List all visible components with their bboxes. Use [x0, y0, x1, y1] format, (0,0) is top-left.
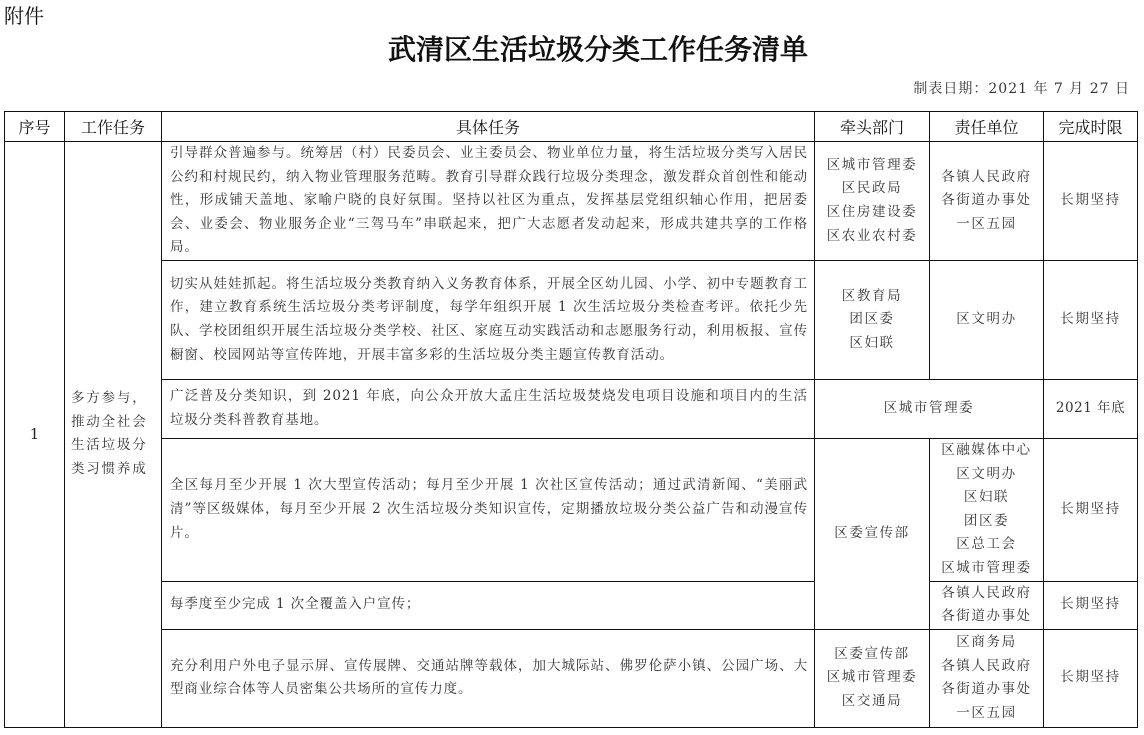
responsible-unit: 区融媒体中心 区文明办 区妇联 团区委 区总工会 区城市管理委 [930, 438, 1044, 581]
table-header-row: 序号 工作任务 具体任务 牵头部门 责任单位 完成时限 [5, 112, 1138, 142]
work-task-category: 多方参与， 推动全社会 生活垃圾分 类习惯养成 [65, 142, 162, 728]
deadline: 长期坚持 [1044, 260, 1138, 379]
lead-department: 区委宣传部 [815, 438, 930, 629]
specific-task: 广泛普及分类知识，到 2021 年底，向公众开放大孟庄生活垃圾焚烧发电项目设施和… [162, 379, 815, 438]
task-table: 序号 工作任务 具体任务 牵头部门 责任单位 完成时限 1 多方参与， 推动全社… [4, 111, 1138, 728]
specific-task: 充分利用户外电子显示屏、宣传展牌、交通站牌等载体，加大城际站、佛罗伦萨小镇、公园… [162, 629, 815, 727]
page-title: 武清区生活垃圾分类工作任务清单 [0, 28, 1144, 68]
header-deadline: 完成时限 [1044, 112, 1138, 142]
responsible-unit: 各镇人民政府 各街道办事处 一区五园 [930, 142, 1044, 261]
deadline: 长期坚持 [1044, 581, 1138, 629]
table-row: 每季度至少完成 1 次全覆盖入户宣传； 各镇人民政府 各街道办事处 长期坚持 [5, 581, 1138, 629]
specific-task: 引导群众普遍参与。统筹居（村）民委员会、业主委员会、物业单位力量，将生活垃圾分类… [162, 142, 815, 261]
responsible-unit: 区文明办 [930, 260, 1044, 379]
header-work-task: 工作任务 [65, 112, 162, 142]
table-row: 1 多方参与， 推动全社会 生活垃圾分 类习惯养成 引导群众普遍参与。统筹居（村… [5, 142, 1138, 261]
specific-task: 每季度至少完成 1 次全覆盖入户宣传； [162, 581, 815, 629]
row-number: 1 [5, 142, 65, 728]
table-row: 全区每月至少开展 1 次大型宣传活动；每月至少开展 1 次社区宣传活动；通过武清… [5, 438, 1138, 581]
table-row: 充分利用户外电子显示屏、宣传展牌、交通站牌等载体，加大城际站、佛罗伦萨小镇、公园… [5, 629, 1138, 727]
table-row: 切实从娃娃抓起。将生活垃圾分类教育纳入义务教育体系，开展全区幼儿园、小学、初中专… [5, 260, 1138, 379]
deadline: 长期坚持 [1044, 438, 1138, 581]
lead-department: 区委宣传部 区城市管理委 区交通局 [815, 629, 930, 727]
lead-department: 区城市管理委 区民政局 区住房建设委 区农业农村委 [815, 142, 930, 261]
header-lead-department: 牵头部门 [815, 112, 930, 142]
specific-task: 全区每月至少开展 1 次大型宣传活动；每月至少开展 1 次社区宣传活动；通过武清… [162, 438, 815, 581]
table-date: 制表日期：2021 年 7 月 27 日 [913, 78, 1130, 98]
table-row: 广泛普及分类知识，到 2021 年底，向公众开放大孟庄生活垃圾焚烧发电项目设施和… [5, 379, 1138, 438]
deadline: 2021 年底 [1044, 379, 1138, 438]
responsible-unit: 各镇人民政府 各街道办事处 [930, 581, 1044, 629]
attachment-label: 附件 [4, 0, 44, 29]
header-responsible-unit: 责任单位 [930, 112, 1044, 142]
deadline: 长期坚持 [1044, 629, 1138, 727]
header-specific-task: 具体任务 [162, 112, 815, 142]
deadline: 长期坚持 [1044, 142, 1138, 261]
responsible-unit: 区商务局 各镇人民政府 各街道办事处 一区五园 [930, 629, 1044, 727]
specific-task: 切实从娃娃抓起。将生活垃圾分类教育纳入义务教育体系，开展全区幼儿园、小学、初中专… [162, 260, 815, 379]
lead-and-responsible: 区城市管理委 [815, 379, 1044, 438]
lead-department: 区教育局 团区委 区妇联 [815, 260, 930, 379]
header-number: 序号 [5, 112, 65, 142]
